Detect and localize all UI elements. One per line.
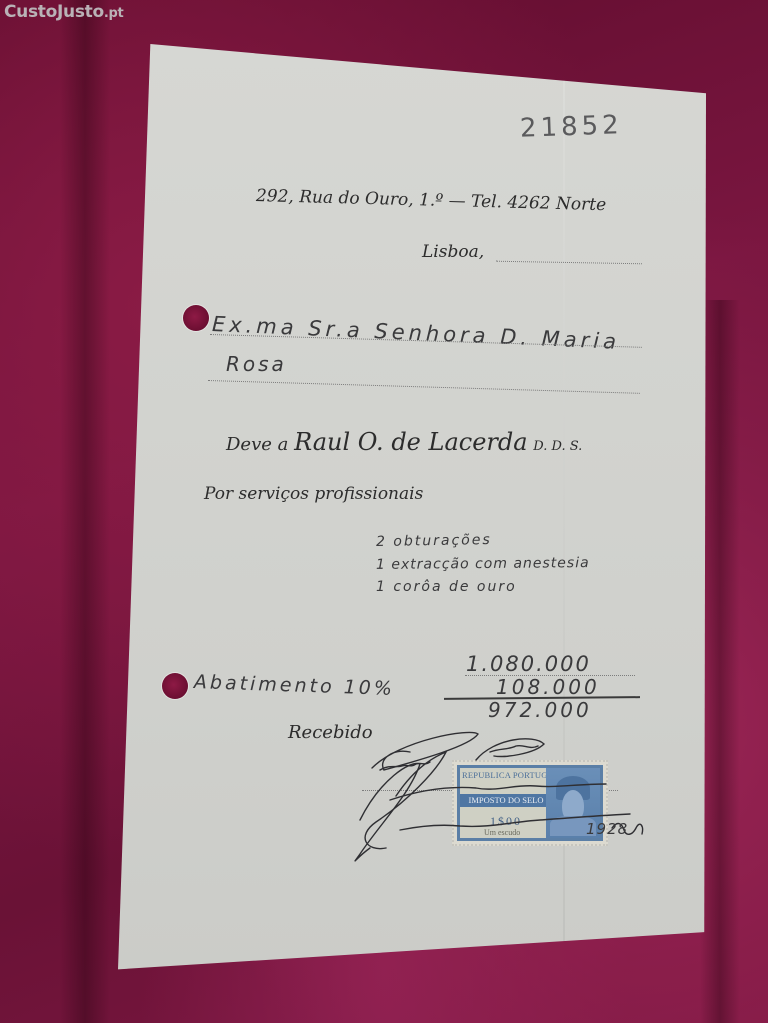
- services-label: Por serviços profissionais: [204, 484, 423, 504]
- invoice-paper: [118, 44, 706, 974]
- punch-hole: [162, 673, 188, 699]
- stamp-portrait-icon: [546, 768, 600, 838]
- tax-stamp: REPUBLICA PORTUGUESA IMPOSTO DO SELO 1$0…: [452, 760, 608, 846]
- tax-stamp-frame: REPUBLICA PORTUGUESA IMPOSTO DO SELO 1$0…: [457, 765, 603, 841]
- cloth-fold-shadow: [700, 300, 740, 1023]
- reference-number: 21852: [520, 110, 624, 144]
- amount-discount: 108.000: [496, 675, 600, 699]
- amount-subtotal: 1.080.000: [466, 652, 591, 676]
- received-label: Recebido: [288, 722, 373, 743]
- amount-total: 972.000: [488, 698, 592, 722]
- site-watermark: CustoJusto.pt: [4, 2, 123, 22]
- creditor-line: Deve a Raul O. de Lacerda D. D. S.: [226, 428, 582, 456]
- stamp-value: 1$00: [490, 814, 522, 829]
- creditor-prefix: Deve a: [226, 434, 288, 455]
- recipient-line-2: Rosa: [226, 352, 287, 376]
- creditor-name: Raul O. de Lacerda: [294, 428, 527, 456]
- watermark-site: CustoJusto: [4, 2, 104, 22]
- letterhead-city: Lisboa,: [422, 242, 484, 262]
- service-item: 1 extracção com anestesia: [376, 555, 590, 573]
- cloth-fold-shadow: [60, 0, 110, 1023]
- watermark-tld: .pt: [104, 6, 124, 21]
- service-item: 1 corôa de ouro: [376, 579, 517, 595]
- stamp-band: IMPOSTO DO SELO: [460, 794, 552, 807]
- creditor-title: D. D. S.: [533, 439, 582, 454]
- service-item: 2 obturações: [376, 532, 492, 550]
- stamp-value-words: Um escudo: [484, 828, 520, 837]
- punch-hole: [183, 305, 209, 331]
